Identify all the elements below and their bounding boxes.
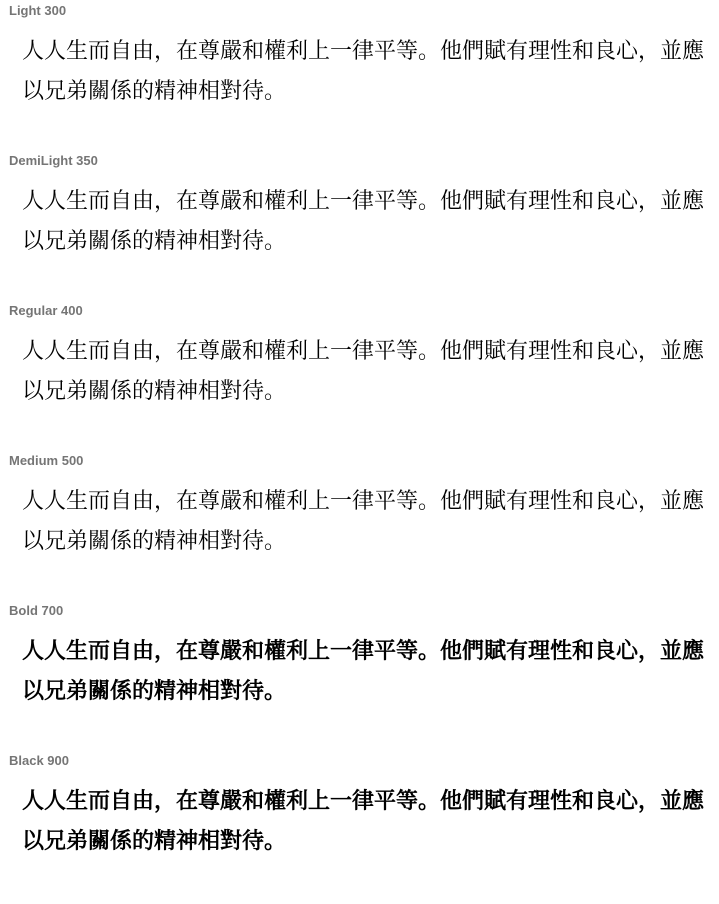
sample-text: 人人生而自由，在尊嚴和權利上一律平等。他們賦有理性和良心，並應以兄弟關係的精神相… xyxy=(22,331,705,411)
font-weight-label: Black 900 xyxy=(9,754,719,768)
font-style-section-light: Light 300 人人生而自由，在尊嚴和權利上一律平等。他們賦有理性和良心，並… xyxy=(0,4,719,154)
font-weight-label: Light 300 xyxy=(9,4,719,18)
font-weight-label: Bold 700 xyxy=(9,604,719,618)
font-weight-label: Regular 400 xyxy=(9,304,719,318)
sample-text: 人人生而自由，在尊嚴和權利上一律平等。他們賦有理性和良心，並應以兄弟關係的精神相… xyxy=(22,181,705,261)
font-specimen-list: Light 300 人人生而自由，在尊嚴和權利上一律平等。他們賦有理性和良心，並… xyxy=(0,4,719,904)
sample-text: 人人生而自由，在尊嚴和權利上一律平等。他們賦有理性和良心，並應以兄弟關係的精神相… xyxy=(22,481,705,561)
sample-text: 人人生而自由，在尊嚴和權利上一律平等。他們賦有理性和良心，並應以兄弟關係的精神相… xyxy=(22,781,705,861)
sample-text: 人人生而自由，在尊嚴和權利上一律平等。他們賦有理性和良心，並應以兄弟關係的精神相… xyxy=(22,31,705,111)
sample-text: 人人生而自由，在尊嚴和權利上一律平等。他們賦有理性和良心，並應以兄弟關係的精神相… xyxy=(22,631,705,711)
font-style-section-regular: Regular 400 人人生而自由，在尊嚴和權利上一律平等。他們賦有理性和良心… xyxy=(0,304,719,454)
font-weight-label: Medium 500 xyxy=(9,454,719,468)
font-style-section-demilight: DemiLight 350 人人生而自由，在尊嚴和權利上一律平等。他們賦有理性和… xyxy=(0,154,719,304)
font-weight-label: DemiLight 350 xyxy=(9,154,719,168)
font-style-section-black: Black 900 人人生而自由，在尊嚴和權利上一律平等。他們賦有理性和良心，並… xyxy=(0,754,719,904)
font-style-section-bold: Bold 700 人人生而自由，在尊嚴和權利上一律平等。他們賦有理性和良心，並應… xyxy=(0,604,719,754)
font-style-section-medium: Medium 500 人人生而自由，在尊嚴和權利上一律平等。他們賦有理性和良心，… xyxy=(0,454,719,604)
